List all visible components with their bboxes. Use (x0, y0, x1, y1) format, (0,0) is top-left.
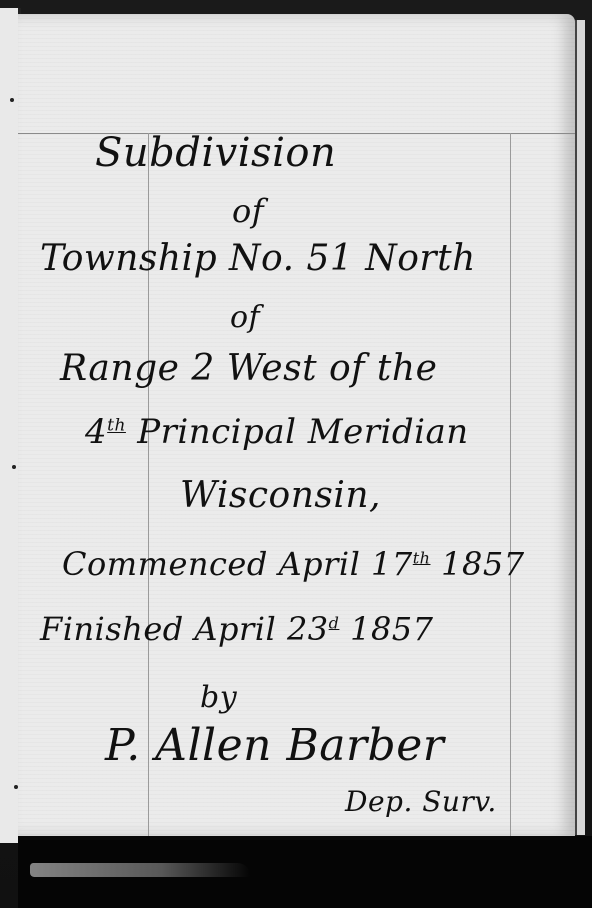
text-state: Wisconsin, (180, 475, 381, 516)
commenced-ordinal: th (413, 548, 431, 567)
meridian-number: 4 (85, 412, 107, 452)
meridian-name: Principal Meridian (137, 412, 468, 452)
ink-speck (14, 785, 18, 789)
text-meridian: 4th Principal Meridian (85, 412, 469, 452)
ruled-line-right-margin (510, 133, 511, 836)
meridian-ordinal: th (107, 416, 126, 436)
finished-ordinal: d (329, 613, 340, 632)
heading-subdivision: Subdivision (95, 130, 336, 176)
paper-scrap (30, 863, 250, 877)
text-of: of (230, 300, 260, 335)
text-of: of (232, 192, 264, 230)
text-township: Township No. 51 North (40, 238, 476, 279)
finished-year: 1857 (350, 610, 433, 648)
finished-label: Finished April 23 (40, 610, 329, 648)
commenced-year: 1857 (441, 545, 524, 583)
ink-speck (10, 98, 14, 102)
text-range: Range 2 West of the (60, 348, 437, 389)
page-right-edge (575, 20, 585, 835)
surveyor-signature: P. Allen Barber (105, 720, 444, 771)
text-commenced-date: Commenced April 17th 1857 (62, 545, 525, 583)
commenced-label: Commenced April 17 (62, 545, 413, 583)
text-by: by (200, 680, 237, 715)
text-finished-date: Finished April 23d 1857 (40, 610, 434, 648)
ink-speck (12, 465, 16, 469)
surveyor-title: Dep. Surv. (345, 785, 497, 818)
